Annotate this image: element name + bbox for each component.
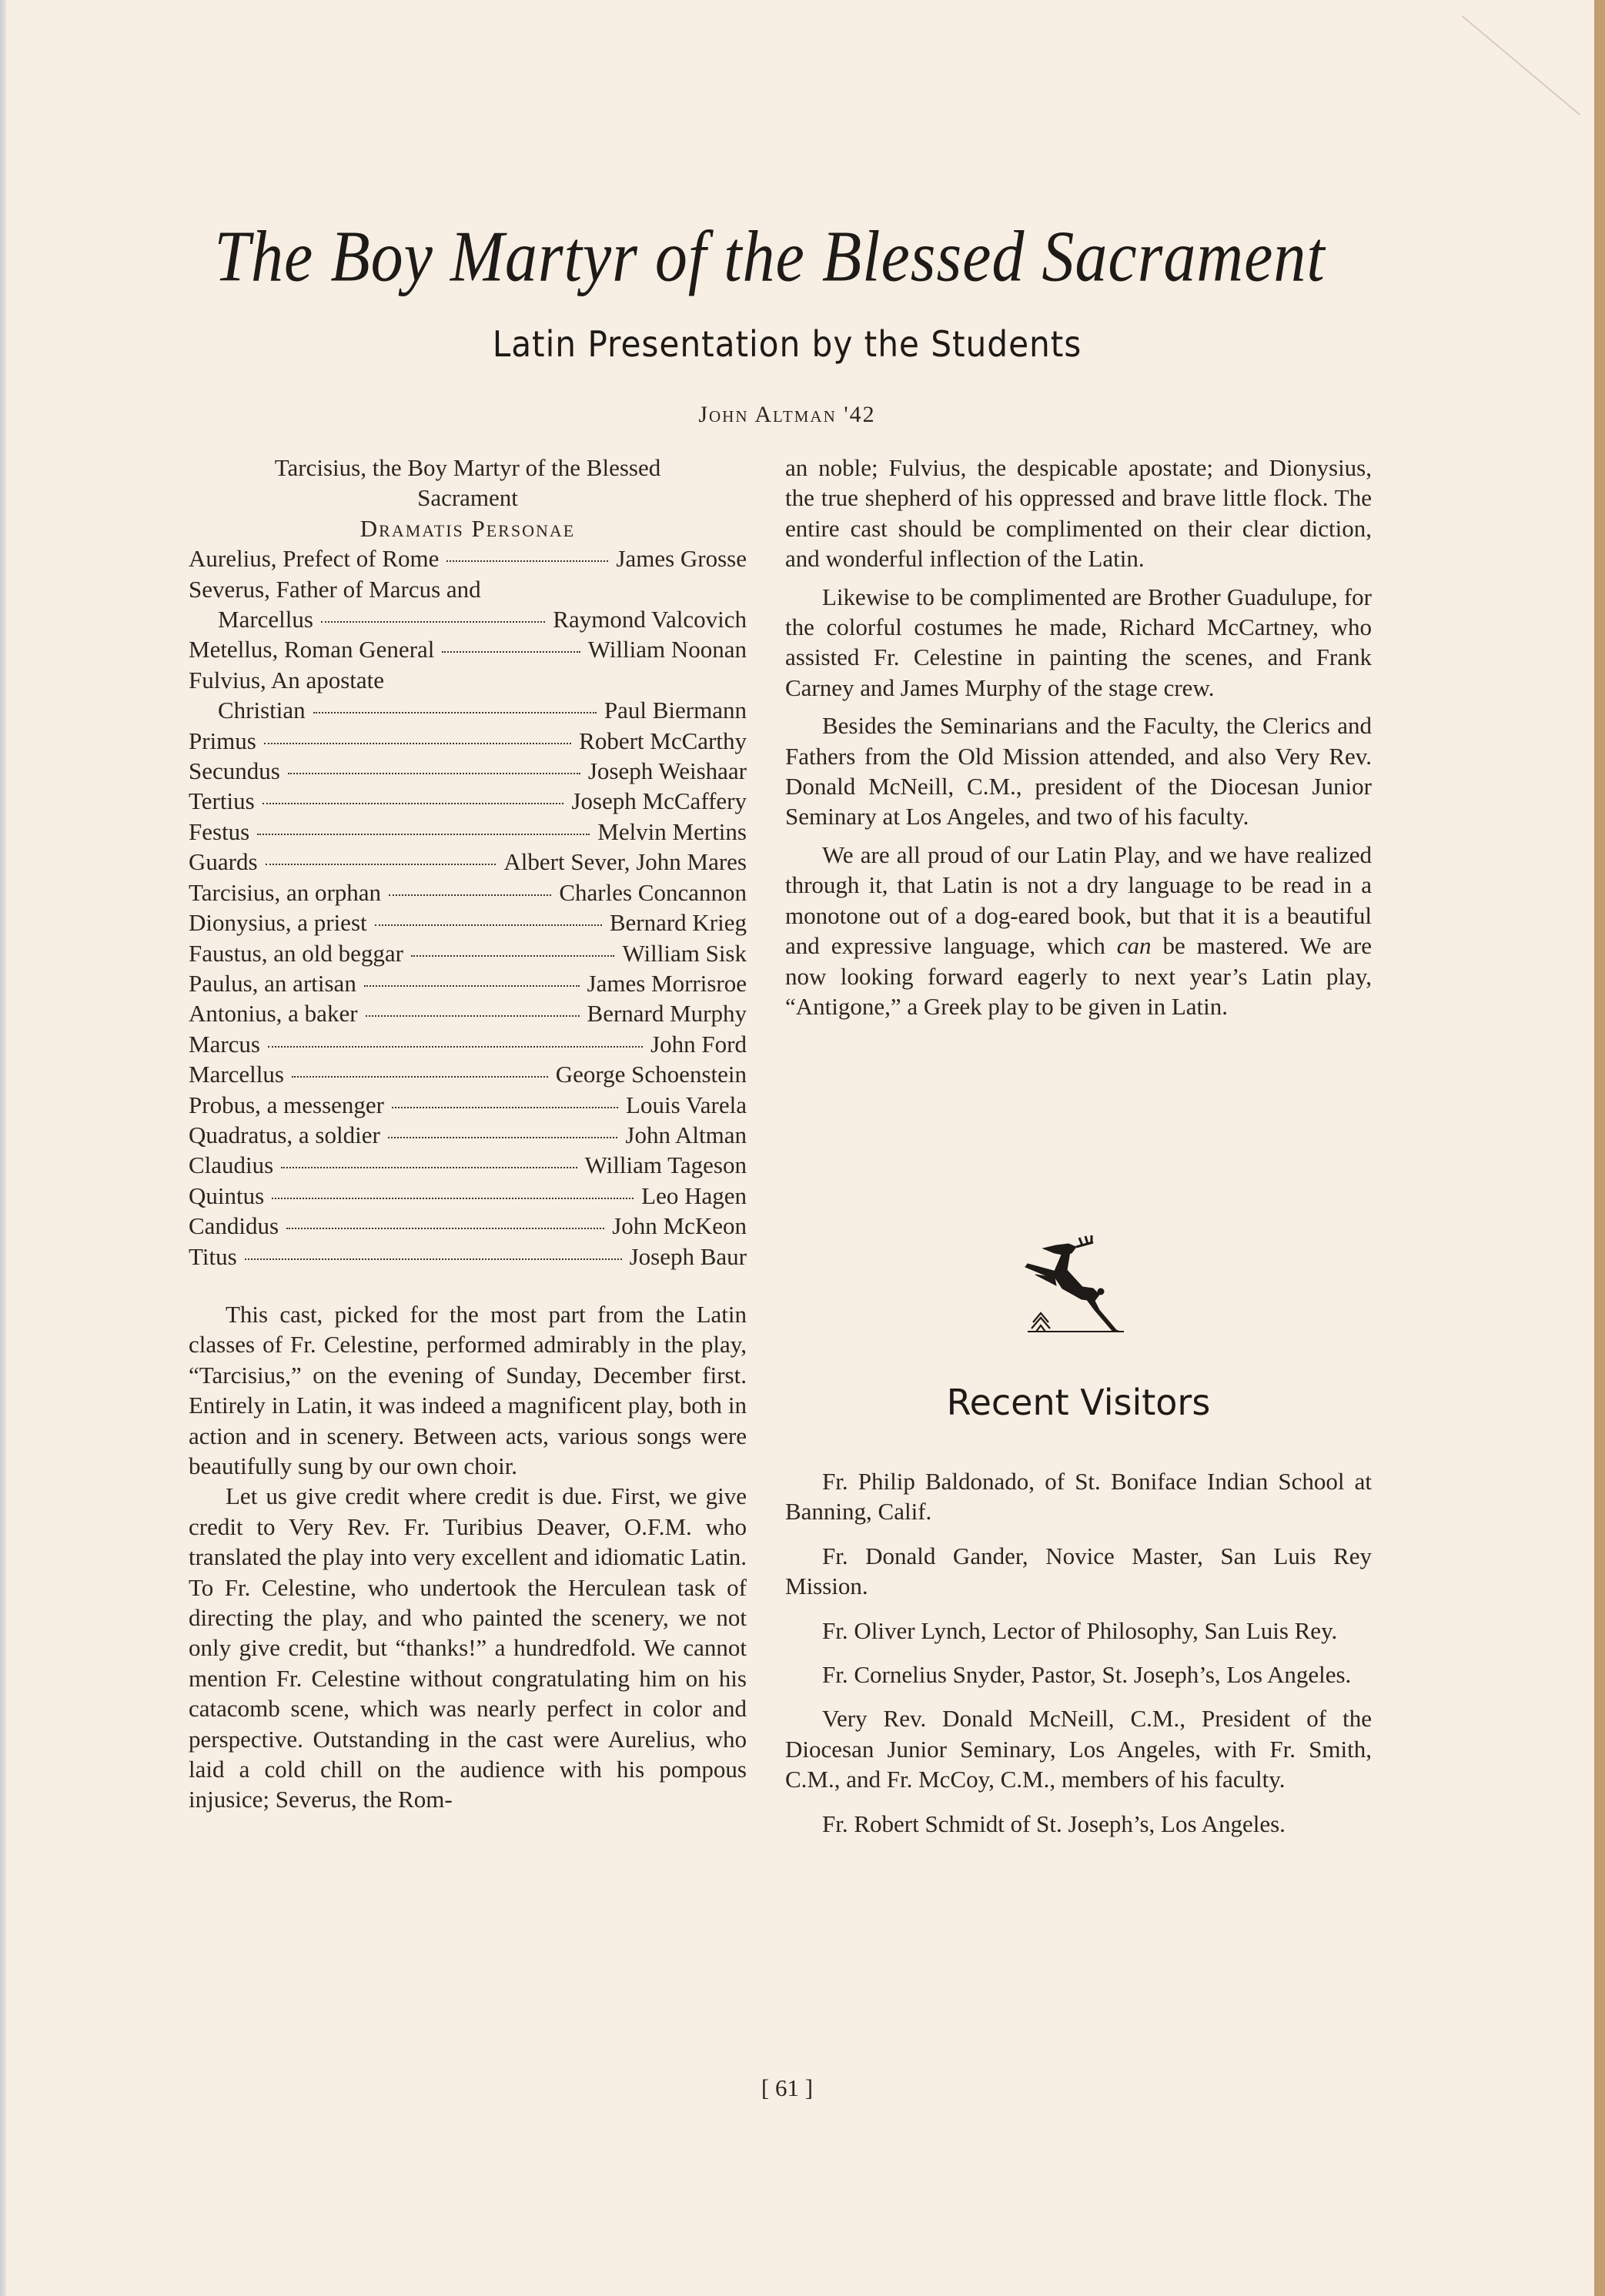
cast-role: Tarcisius, an orphan (189, 877, 381, 907)
leader-dots (364, 985, 580, 987)
cast-row: Aurelius, Prefect of RomeJames Grosse (189, 543, 747, 573)
leader-dots (313, 712, 597, 714)
cast-row: Paulus, an artisanJames Morrisroe (189, 968, 747, 998)
cast-actor: William Tageson (585, 1150, 747, 1180)
play-title-line-2: Sacrament (189, 483, 747, 513)
cast-actor: William Noonan (588, 634, 747, 664)
right-column: an noble; Fulvius, the despicable aposta… (785, 453, 1372, 1021)
cast-actor: James Morrisroe (587, 968, 747, 998)
leader-dots (245, 1258, 622, 1260)
body-paragraph: Likewise to be complimented are Brother … (785, 582, 1372, 704)
visitor-entry: Fr. Cornelius Snyder, Pastor, St. Joseph… (785, 1659, 1372, 1689)
cast-actor: Robert McCarthy (579, 726, 747, 756)
leader-dots (266, 864, 497, 865)
leader-dots (392, 1107, 618, 1108)
cast-role: Festus (189, 817, 249, 847)
leader-dots (268, 1046, 643, 1048)
cast-row: MarcusJohn Ford (189, 1029, 747, 1059)
cast-row: PrimusRobert McCarthy (189, 726, 747, 756)
body-paragraph: Besides the Seminarians and the Faculty,… (785, 710, 1372, 832)
cast-role: Claudius (189, 1150, 273, 1180)
cast-role: Tertius (189, 786, 255, 816)
cast-actor: Raymond Valcovich (553, 604, 747, 634)
leader-dots (272, 1198, 634, 1199)
recent-visitors-heading: Recent Visitors (785, 1382, 1372, 1423)
cast-role: Fulvius, An apostate (189, 667, 384, 693)
byline: John Altman '42 (0, 402, 1574, 428)
cast-actor: Charles Concannon (559, 877, 747, 907)
cast-role: Christian (218, 695, 306, 725)
leader-dots (288, 773, 580, 774)
cast-role: Dionysius, a priest (189, 907, 367, 937)
body-paragraph: This cast, picked for the most part from… (189, 1299, 747, 1481)
cast-row: QuintusLeo Hagen (189, 1181, 747, 1211)
leader-dots (292, 1076, 548, 1078)
leader-dots (262, 803, 564, 804)
leader-dots (411, 955, 615, 957)
cast-actor: John Altman (625, 1120, 747, 1150)
cast-actor: Albert Sever, John Mares (503, 847, 747, 877)
leader-dots (286, 1228, 604, 1229)
cast-actor: Paul Biermann (604, 695, 747, 725)
left-column: Tarcisius, the Boy Martyr of the Blessed… (189, 453, 747, 1815)
visitor-entry: Fr. Oliver Lynch, Lector of Philosophy, … (785, 1616, 1372, 1646)
cast-actor: George Schoenstein (556, 1059, 747, 1089)
cast-actor: Joseph Weishaar (588, 756, 747, 786)
cast-role: Candidus (189, 1211, 279, 1241)
cast-actor: Bernard Krieg (610, 907, 747, 937)
dramatis-personae-heading: Dramatis Personae (189, 513, 747, 543)
cast-actor: William Sisk (622, 938, 747, 968)
cast-row: Dionysius, a priestBernard Krieg (189, 907, 747, 937)
cast-actor: Leo Hagen (641, 1181, 747, 1211)
visitor-entry: Fr. Donald Gander, Novice Master, San Lu… (785, 1541, 1372, 1602)
leader-dots (281, 1167, 577, 1168)
page-left-edge (0, 0, 6, 2296)
leader-dots (442, 651, 580, 653)
play-title-line-1: Tarcisius, the Boy Martyr of the Blessed (189, 453, 747, 483)
cast-role: Faustus, an old beggar (189, 938, 403, 968)
cast-role: Paulus, an artisan (189, 968, 356, 998)
cast-row: MarcellusGeorge Schoenstein (189, 1059, 747, 1089)
cast-role: Secundus (189, 756, 280, 786)
cast-row: Probus, a messengerLouis Varela (189, 1090, 747, 1120)
cast-actor: James Grosse (616, 543, 747, 573)
cast-role: Marcus (189, 1029, 260, 1059)
leader-dots (321, 621, 545, 623)
cast-row: GuardsAlbert Sever, John Mares (189, 847, 747, 877)
cast-role: Aurelius, Prefect of Rome (189, 543, 439, 573)
leader-dots (388, 1137, 618, 1138)
cast-row: ChristianPaul Biermann (189, 695, 747, 725)
leader-dots (366, 1015, 580, 1017)
leader-dots (257, 834, 590, 835)
cast-role: Primus (189, 726, 256, 756)
cast-row: Severus, Father of Marcus and (189, 574, 747, 604)
cast-row: Antonius, a bakerBernard Murphy (189, 998, 747, 1028)
body-paragraph-closing: We are all proud of our Latin Play, and … (785, 840, 1372, 1021)
cast-role: Metellus, Roman General (189, 634, 434, 664)
cast-row: TitusJoseph Baur (189, 1242, 747, 1272)
cast-role: Marcellus (189, 1059, 284, 1089)
leaping-deer-icon (1008, 1224, 1139, 1339)
cast-actor: John Ford (650, 1029, 747, 1059)
leader-dots (375, 924, 602, 926)
cast-list: Aurelius, Prefect of RomeJames GrosseSev… (189, 543, 747, 1272)
cast-row: MarcellusRaymond Valcovich (189, 604, 747, 634)
visitor-entry: Fr. Philip Baldonado, of St. Boniface In… (785, 1466, 1372, 1527)
cast-row: TertiusJoseph McCaffery (189, 786, 747, 816)
cast-actor: Bernard Murphy (587, 998, 747, 1028)
cast-actor: Joseph McCaffery (571, 786, 747, 816)
article-subtitle: Latin Presentation by the Students (205, 323, 1369, 365)
cast-row: Metellus, Roman GeneralWilliam Noonan (189, 634, 747, 664)
cast-role: Guards (189, 847, 258, 877)
cast-role: Titus (189, 1242, 237, 1272)
cast-row: Quadratus, a soldierJohn Altman (189, 1120, 747, 1150)
page-right-edge (1594, 0, 1605, 2296)
cast-row: FestusMelvin Mertins (189, 817, 747, 847)
leader-dots (389, 894, 551, 896)
body-paragraph: Let us give credit where credit is due. … (189, 1481, 747, 1814)
article-title: The Boy Martyr of the Blessed Sacrament (154, 215, 1386, 299)
cast-actor: Joseph Baur (630, 1242, 747, 1272)
visitors-list: Fr. Philip Baldonado, of St. Boniface In… (785, 1466, 1372, 1853)
cast-row: Tarcisius, an orphanCharles Concannon (189, 877, 747, 907)
emphasis-can: can (1117, 932, 1152, 959)
cast-actor: Louis Varela (626, 1090, 747, 1120)
cast-row: ClaudiusWilliam Tageson (189, 1150, 747, 1180)
cast-row: SecundusJoseph Weishaar (189, 756, 747, 786)
cast-role: Marcellus (218, 604, 313, 634)
cast-row: CandidusJohn McKeon (189, 1211, 747, 1241)
visitor-entry: Fr. Robert Schmidt of St. Joseph’s, Los … (785, 1809, 1372, 1839)
cast-role: Quadratus, a soldier (189, 1120, 380, 1150)
cast-row: Fulvius, An apostate (189, 665, 747, 695)
cast-actor: John McKeon (612, 1211, 747, 1241)
cast-row: Faustus, an old beggarWilliam Sisk (189, 938, 747, 968)
visitor-entry: Very Rev. Donald McNeill, C.M., Presiden… (785, 1703, 1372, 1794)
page-number: [ 61 ] (0, 2074, 1574, 2102)
body-paragraph: an noble; Fulvius, the despicable aposta… (785, 453, 1372, 574)
cast-role: Severus, Father of Marcus and (189, 576, 481, 603)
cast-actor: Melvin Mertins (597, 817, 747, 847)
cast-role: Quintus (189, 1181, 264, 1211)
leader-dots (446, 560, 608, 562)
cast-role: Antonius, a baker (189, 998, 358, 1028)
leader-dots (264, 743, 571, 744)
cast-role: Probus, a messenger (189, 1090, 384, 1120)
